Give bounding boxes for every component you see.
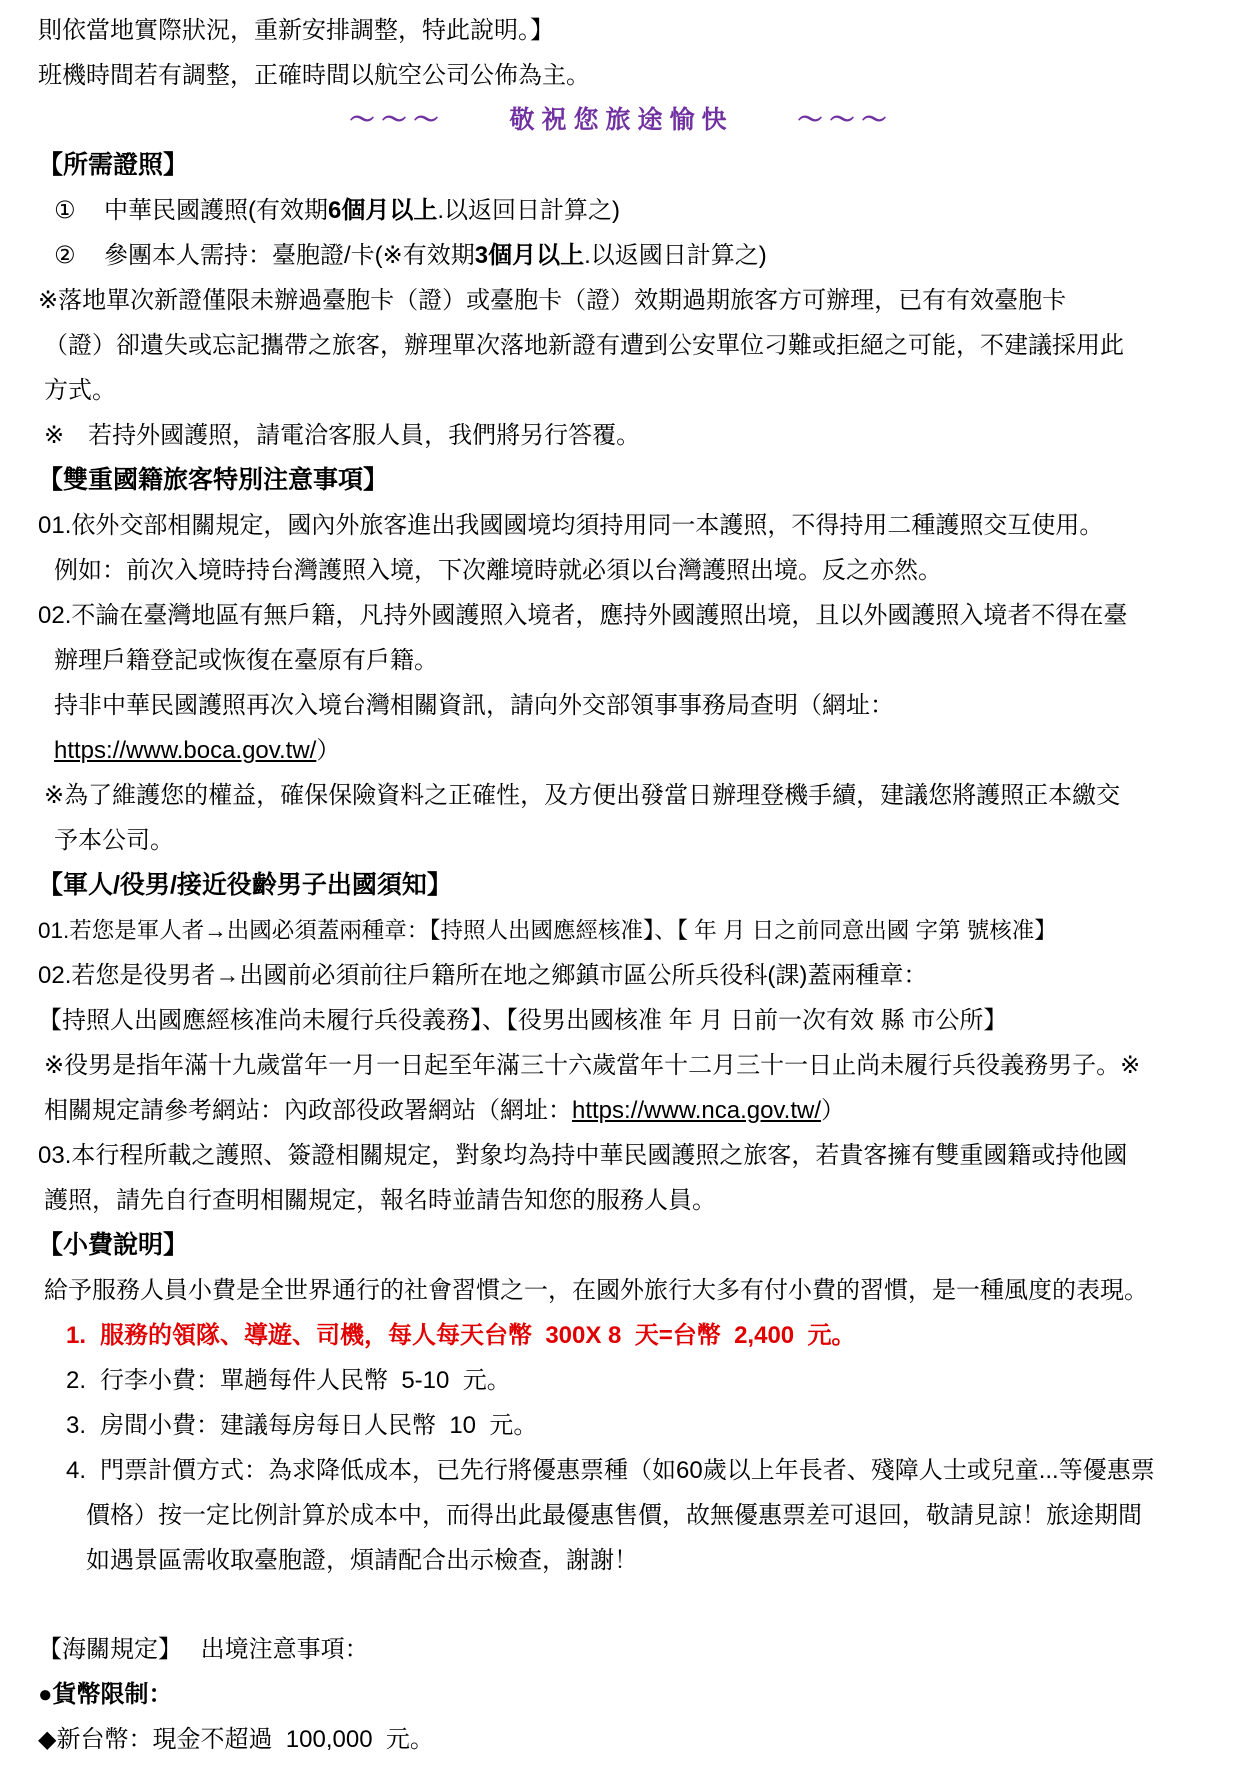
conscript-age-note-text: ※役男是指年滿十九歲當年一月一日起至年滿三十六歲當年十二月三十一日止尚未履行兵役… <box>44 1052 1140 1079</box>
military-note-03: 03.本行程所載之護照、簽證相關規定，對象均為持中華民國護照之旅客，若貴客擁有雙… <box>38 1133 1205 1178</box>
landing-permit-note-line-1-text: ※落地單次新證僅限未辦過臺胞卡（證）或臺胞卡（證）效期過期旅客方可辦理，已有有效… <box>38 287 1066 314</box>
foreign-passport-note-text: ※ 若持外國護照，請電洽客服人員，我們將另行答覆。 <box>44 422 640 449</box>
military-note-03-cont: 護照，請先自行查明相關規定，報名時並請告知您的服務人員。 <box>38 1178 1205 1223</box>
tip-item-4-cont-2: 如遇景區需收取臺胞證，煩請配合出示檢查，謝謝！ <box>38 1538 1205 1583</box>
dual-note-02-cont: 辦理戶籍登記或恢復在臺原有戶籍。 <box>38 638 1205 683</box>
currency-limit-heading-text: ●貨幣限制： <box>38 1681 173 1708</box>
conscript-age-note: ※役男是指年滿十九歲當年一月一日起至年滿三十六歲當年十二月三十一日止尚未履行兵役… <box>38 1043 1205 1088</box>
section-gap <box>38 1583 1205 1627</box>
passport-original-note-cont: 予本公司。 <box>38 818 1205 863</box>
tip-item-4-cont-2-text: 如遇景區需收取臺胞證，煩請配合出示檢查，謝謝！ <box>86 1547 638 1574</box>
ntd-cash-limit-text: ◆新台幣：現金不超過 100,000 元。 <box>38 1726 434 1753</box>
document-page: 則依當地實際狀況，重新安排調整，特此說明。】班機時間若有調整，正確時間以航空公司… <box>0 0 1241 1782</box>
section-tips-text: 【小費說明】 <box>38 1231 188 1259</box>
tip-item-2-text: 行李小費：單趟每件人民幣 5-10 元。 <box>100 1367 511 1394</box>
tip-item-2: 2.行李小費：單趟每件人民幣 5-10 元。 <box>38 1358 1205 1403</box>
boca-link-line: https://www.boca.gov.tw/） <box>38 728 1205 773</box>
tip-item-1-marker: 1. <box>52 1313 100 1358</box>
tip-item-3-text: 房間小費：建議每房每日人民幣 10 元。 <box>100 1412 537 1439</box>
military-note-02-text: 02.若您是役男者→出國前必須前往戶籍所在地之鄉鎮市區公所兵役科(課)蓋兩種章： <box>38 962 927 989</box>
required-doc-item-2-text: .以返國日計算之) <box>584 242 767 269</box>
currency-limit-heading: ●貨幣限制： <box>38 1672 1205 1717</box>
military-note-02-stamps-text: 【持照人出國應經核准尚未履行兵役義務】、【役男出國核准 年 月 日前一次有效 縣… <box>38 1007 1007 1034</box>
tip-item-4-marker: 4. <box>52 1448 100 1493</box>
dual-note-02: 02.不論在臺灣地區有無戶籍，凡持外國護照入境者，應持外國護照出境，且以外國護照… <box>38 593 1205 638</box>
boca-info-line: 持非中華民國護照再次入境台灣相關資訊，請向外交部領事事務局查明（網址： <box>38 683 1205 728</box>
boca-info-line-text: 持非中華民國護照再次入境台灣相關資訊，請向外交部領事事務局查明（網址： <box>54 692 894 719</box>
ntd-cash-limit: ◆新台幣：現金不超過 100,000 元。 <box>38 1717 1205 1762</box>
passport-original-note-cont-text: 予本公司。 <box>54 827 174 854</box>
landing-permit-note-line-2-text: （證）卻遺失或忘記攜帶之旅客，辦理單次落地新證有遭到公安單位刁難或拒絕之可能，不… <box>44 332 1124 359</box>
military-note-02: 02.若您是役男者→出國前必須前往戶籍所在地之鄉鎮市區公所兵役科(課)蓋兩種章： <box>38 953 1205 998</box>
nca-link[interactable]: https://www.nca.gov.tw/ <box>572 1097 821 1124</box>
section-dual-nationality: 【雙重國籍旅客特別注意事項】 <box>38 458 1205 503</box>
intro-note-line-text: 則依當地實際狀況，重新安排調整，特此說明。】 <box>38 17 554 44</box>
military-note-03-text: 03.本行程所載之護照、簽證相關規定，對象均為持中華民國護照之旅客，若貴客擁有雙… <box>38 1142 1127 1169</box>
required-doc-item-1-text: 中華民國護照(有效期 <box>104 197 328 224</box>
nca-link-line: 相關規定請參考網站：內政部役政署網站（網址：https://www.nca.go… <box>38 1088 1205 1133</box>
dual-note-02-text: 02.不論在臺灣地區有無戶籍，凡持外國護照入境者，應持外國護照出境，且以外國護照… <box>38 602 1127 629</box>
section-dual-nationality-text: 【雙重國籍旅客特別注意事項】 <box>38 466 388 494</box>
required-doc-item-1-text: .以返回日計算之) <box>437 197 620 224</box>
passport-original-note: ※為了維護您的權益，確保保險資料之正確性，及方便出發當日辦理登機手續，建議您將護… <box>38 773 1205 818</box>
landing-permit-note-line-1: ※落地單次新證僅限未辦過臺胞卡（證）或臺胞卡（證）效期過期旅客方可辦理，已有有效… <box>38 278 1205 323</box>
section-military: 【軍人/役男/接近役齡男子出國須知】 <box>38 863 1205 908</box>
tip-item-3-marker: 3. <box>52 1403 100 1448</box>
tip-item-4-text: 門票計價方式：為求降低成本，已先行將優惠票種（如60歲以上年長者、殘障人士或兒童… <box>100 1457 1155 1484</box>
tip-item-1: 1.服務的領隊、導遊、司機，每人每天台幣 300X 8 天=台幣 2,400 元… <box>38 1313 1205 1358</box>
greeting-line: ～～～ 敬祝您旅途愉快 ～～～ <box>38 98 1205 143</box>
section-customs: 【海關規定】 出境注意事項： <box>38 1627 1205 1672</box>
nca-link-line-text: 相關規定請參考網站：內政部役政署網站（網址： <box>44 1097 572 1124</box>
passport-original-note-text: ※為了維護您的權益，確保保險資料之正確性，及方便出發當日辦理登機手續，建議您將護… <box>44 782 1120 809</box>
required-doc-item-1: ①中華民國護照(有效期6個月以上.以返回日計算之) <box>38 188 1205 233</box>
tip-item-4: 4.門票計價方式：為求降低成本，已先行將優惠票種（如60歲以上年長者、殘障人士或… <box>38 1448 1205 1493</box>
dual-note-01-example: 例如：前次入境時持台灣護照入境，下次離境時就必須以台灣護照出境。反之亦然。 <box>38 548 1205 593</box>
section-required-documents-text: 【所需證照】 <box>38 151 188 179</box>
military-note-01-text: 01.若您是軍人者→出國必須蓋兩種章：【持照人出國應經核准】、【 年 月 日之前… <box>38 918 1057 943</box>
intro-note-line: 則依當地實際狀況，重新安排調整，特此說明。】 <box>38 8 1205 53</box>
tips-intro: 給予服務人員小費是全世界通行的社會習慣之一，在國外旅行大多有付小費的習慣，是一種… <box>38 1268 1205 1313</box>
military-note-02-stamps: 【持照人出國應經核准尚未履行兵役義務】、【役男出國核准 年 月 日前一次有效 縣… <box>38 998 1205 1043</box>
required-doc-item-2-text: 參團本人需持：臺胞證/卡(※有效期 <box>104 242 475 269</box>
flight-schedule-note: 班機時間若有調整，正確時間以航空公司公佈為主。 <box>38 53 1205 98</box>
section-required-documents: 【所需證照】 <box>38 143 1205 188</box>
dual-note-02-cont-text: 辦理戶籍登記或恢復在臺原有戶籍。 <box>54 647 438 674</box>
greeting-line-text: ～～～ 敬祝您旅途愉快 ～～～ <box>349 106 893 134</box>
section-tips: 【小費說明】 <box>38 1223 1205 1268</box>
tip-item-2-marker: 2. <box>52 1358 100 1403</box>
dual-note-01-text: 01.依外交部相關規定，國內外旅客進出我國國境均須持用同一本護照，不得持用二種護… <box>38 512 1103 539</box>
tip-item-4-cont-1-text: 價格）按一定比例計算於成本中，而得出此最優惠售價，故無優惠票差可退回，敬請見諒！… <box>86 1502 1142 1529</box>
foreign-passport-note: ※ 若持外國護照，請電洽客服人員，我們將另行答覆。 <box>38 413 1205 458</box>
section-customs-text: 【海關規定】 出境注意事項： <box>38 1636 369 1663</box>
required-doc-item-1-text: 6個月以上 <box>328 197 437 224</box>
document-body: 則依當地實際狀況，重新安排調整，特此說明。】班機時間若有調整，正確時間以航空公司… <box>38 8 1205 1762</box>
required-doc-item-2-text: 3個月以上 <box>475 242 584 269</box>
tip-item-4-cont-1: 價格）按一定比例計算於成本中，而得出此最優惠售價，故無優惠票差可退回，敬請見諒！… <box>38 1493 1205 1538</box>
tip-item-1-text: 服務的領隊、導遊、司機，每人每天台幣 300X 8 天=台幣 2,400 元。 <box>100 1322 855 1349</box>
required-doc-item-1-marker: ① <box>46 188 104 233</box>
military-note-01: 01.若您是軍人者→出國必須蓋兩種章：【持照人出國應經核准】、【 年 月 日之前… <box>38 908 1205 953</box>
landing-permit-note-line-3-text: 方式。 <box>44 377 116 404</box>
boca-link[interactable]: https://www.boca.gov.tw/ <box>54 737 316 764</box>
section-military-text: 【軍人/役男/接近役齡男子出國須知】 <box>38 871 452 899</box>
tip-item-3: 3.房間小費：建議每房每日人民幣 10 元。 <box>38 1403 1205 1448</box>
required-doc-item-2: ②參團本人需持：臺胞證/卡(※有效期3個月以上.以返國日計算之) <box>38 233 1205 278</box>
required-doc-item-2-marker: ② <box>46 233 104 278</box>
dual-note-01-example-text: 例如：前次入境時持台灣護照入境，下次離境時就必須以台灣護照出境。反之亦然。 <box>54 557 942 584</box>
military-note-03-cont-text: 護照，請先自行查明相關規定，報名時並請告知您的服務人員。 <box>44 1187 716 1214</box>
boca-link-line-text: ） <box>316 737 340 764</box>
nca-link-line-text: ） <box>821 1097 845 1124</box>
tips-intro-text: 給予服務人員小費是全世界通行的社會習慣之一，在國外旅行大多有付小費的習慣，是一種… <box>44 1277 1148 1304</box>
landing-permit-note-line-3: 方式。 <box>38 368 1205 413</box>
flight-schedule-note-text: 班機時間若有調整，正確時間以航空公司公佈為主。 <box>38 62 590 89</box>
landing-permit-note-line-2: （證）卻遺失或忘記攜帶之旅客，辦理單次落地新證有遭到公安單位刁難或拒絕之可能，不… <box>38 323 1205 368</box>
dual-note-01: 01.依外交部相關規定，國內外旅客進出我國國境均須持用同一本護照，不得持用二種護… <box>38 503 1205 548</box>
